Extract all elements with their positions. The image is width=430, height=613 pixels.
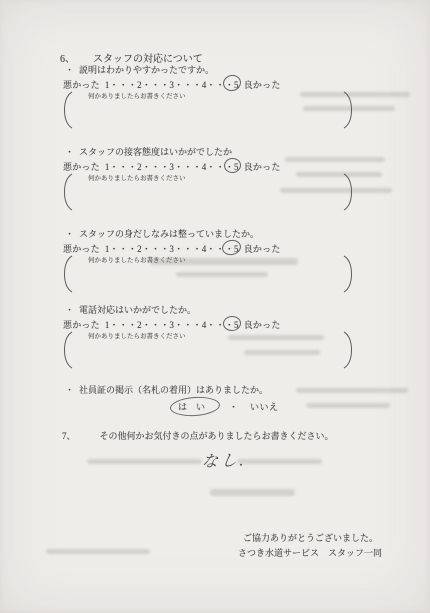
- yesno-separator: ・: [229, 400, 238, 413]
- rating-scale-line: 悪かった1・・・2・・・3・・・4・・・5良かった: [63, 160, 281, 173]
- rating-value-5: ・5: [225, 80, 239, 90]
- rating-circled-value: ・5: [225, 318, 239, 331]
- question-line: ・スタッフの接客態度はいかがでしたか: [65, 145, 232, 158]
- rating-high-label: 良かった: [244, 320, 281, 330]
- comment-box: 何かありましたらお書きください: [63, 91, 353, 129]
- rating-value-5: ・5: [225, 162, 239, 172]
- rating-value-5: ・5: [225, 320, 239, 330]
- question-text: スタッフの接客態度はいかがでしたか: [79, 147, 232, 157]
- right-bracket: [343, 91, 353, 129]
- bullet: ・: [65, 145, 74, 158]
- question-block-explanation: ・説明はわかりやすかったですか。 悪かった1・・・2・・・3・・・4・・・5良か…: [63, 63, 363, 133]
- right-bracket: [343, 173, 353, 211]
- handwritten-answer: なし.: [201, 447, 249, 472]
- rating-dots: 1・・・2・・・3・・・4・・: [105, 320, 225, 330]
- bullet: ・: [65, 227, 74, 240]
- section7-heading: 7、その他何かお気付きの点がありましたらお書きください。: [62, 429, 334, 442]
- rating-dots: 1・・・2・・・3・・・4・・: [105, 162, 225, 172]
- question-text: スタッフの身だしなみは整っていましたか。: [79, 229, 259, 239]
- badge-question-text: 社員証の掲示（名札の着用）はありましたか。: [79, 385, 268, 395]
- signature-line: さつき水道サービス スタッフ一同: [238, 546, 382, 561]
- bleedthrough-mark: [296, 388, 408, 393]
- rating-circled-value: ・5: [225, 78, 239, 91]
- yesno-answer-line: はい・いいえ: [178, 400, 279, 413]
- bleedthrough-mark: [46, 549, 150, 554]
- rating-scale-line: 悪かった1・・・2・・・3・・・4・・・5良かった: [63, 318, 281, 331]
- bleedthrough-mark: [210, 489, 295, 496]
- comment-box: 何かありましたらお書きください: [63, 331, 353, 369]
- comment-box: 何かありましたらお書きください: [63, 173, 353, 211]
- rating-dots: 1・・・2・・・3・・・4・・: [105, 80, 225, 90]
- left-bracket: [63, 91, 73, 129]
- question-block-attitude: ・スタッフの接客態度はいかがでしたか 悪かった1・・・2・・・3・・・4・・・5…: [63, 145, 363, 215]
- comment-box: 何かありましたらお書きください: [63, 255, 353, 293]
- question-line: ・説明はわかりやすかったですか。: [65, 63, 214, 76]
- question-text: 説明はわかりやすかったですか。: [79, 65, 214, 75]
- question-line: ・スタッフの身だしなみは整っていましたか。: [65, 227, 259, 240]
- comment-prompt: 何かありましたらお書きください: [88, 331, 186, 340]
- yes-label: はい: [178, 402, 214, 412]
- no-option: いいえ: [250, 400, 279, 413]
- rating-low-label: 悪かった: [63, 80, 100, 90]
- bullet: ・: [65, 303, 74, 316]
- rating-circled-value: ・5: [225, 242, 239, 255]
- rating-circled-value: ・5: [225, 160, 239, 173]
- section7-prompt: その他何かお気付きの点がありましたらお書きください。: [100, 431, 334, 441]
- question-line: ・電話対応はいかがでしたか。: [65, 303, 196, 316]
- rating-dots: 1・・・2・・・3・・・4・・: [105, 244, 225, 254]
- rating-low-label: 悪かった: [63, 320, 100, 330]
- rating-low-label: 悪かった: [63, 162, 100, 172]
- comment-prompt: 何かありましたらお書きください: [88, 173, 186, 182]
- question-text: 電話対応はいかがでしたか。: [79, 305, 196, 315]
- rating-low-label: 悪かった: [63, 244, 100, 254]
- comment-prompt: 何かありましたらお書きください: [88, 91, 186, 100]
- bullet: ・: [65, 63, 74, 76]
- badge-question-line: ・社員証の掲示（名札の着用）はありましたか。: [65, 383, 268, 396]
- bleedthrough-mark: [87, 459, 202, 464]
- yes-option: はい: [178, 400, 214, 413]
- rating-high-label: 良かった: [244, 80, 281, 90]
- comment-prompt: 何かありましたらお書きください: [88, 255, 186, 264]
- left-bracket: [63, 255, 73, 293]
- right-bracket: [343, 331, 353, 369]
- thanks-line: ご協力ありがとうございました。: [238, 531, 382, 546]
- question-block-phone: ・電話対応はいかがでしたか。 悪かった1・・・2・・・3・・・4・・・5良かった…: [63, 303, 363, 373]
- left-bracket: [63, 173, 73, 211]
- rating-high-label: 良かった: [244, 162, 281, 172]
- right-bracket: [343, 255, 353, 293]
- rating-value-5: ・5: [225, 244, 239, 254]
- bullet: ・: [65, 385, 74, 395]
- section7-number: 7、: [62, 429, 76, 442]
- rating-scale-line: 悪かった1・・・2・・・3・・・4・・・5良かった: [63, 242, 281, 255]
- rating-high-label: 良かった: [244, 244, 281, 254]
- scanned-survey-page: 6、スタッフの対応について ・説明はわかりやすかったですか。 悪かった1・・・2…: [0, 0, 430, 613]
- question-block-grooming: ・スタッフの身だしなみは整っていましたか。 悪かった1・・・2・・・3・・・4・…: [63, 227, 363, 297]
- bleedthrough-mark: [237, 459, 322, 464]
- rating-scale-line: 悪かった1・・・2・・・3・・・4・・・5良かった: [63, 78, 281, 91]
- bleedthrough-mark: [306, 403, 390, 408]
- footer: ご協力ありがとうございました。 さつき水道サービス スタッフ一同: [238, 531, 382, 561]
- left-bracket: [63, 331, 73, 369]
